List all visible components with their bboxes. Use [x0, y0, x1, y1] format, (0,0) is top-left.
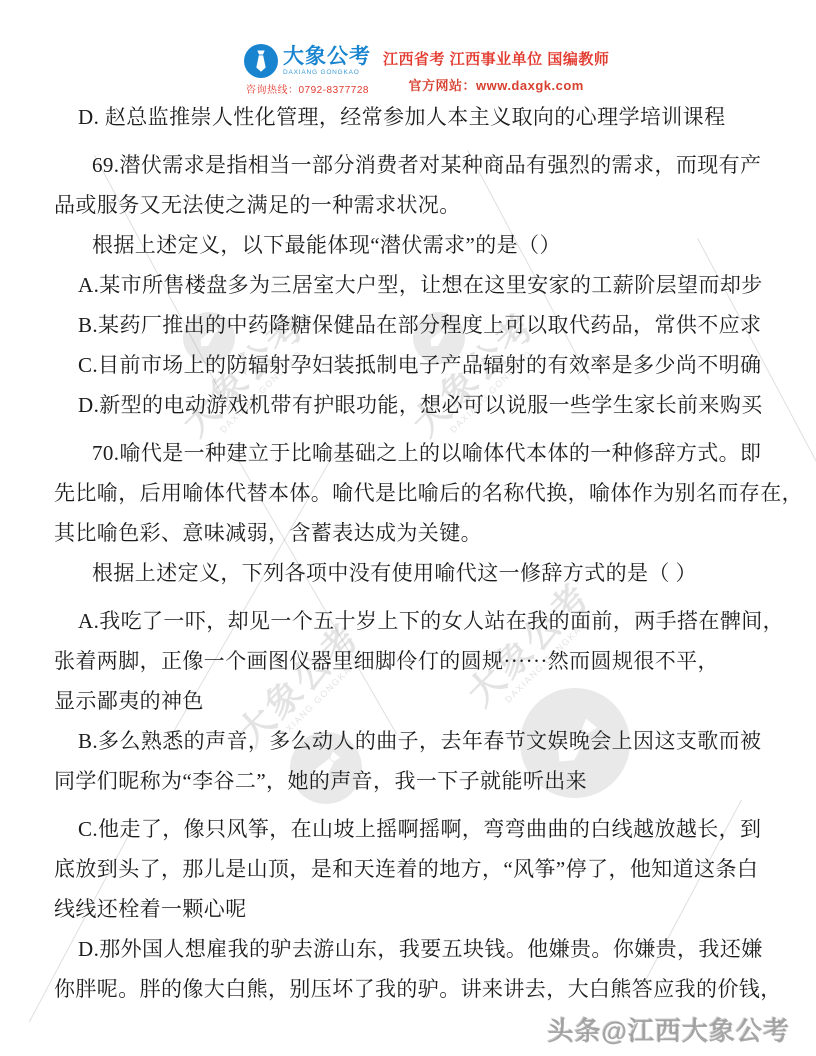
- text-line: 70.喻代是一种建立于比喻基础之上的以喻体代本体的一种修辞方式。即: [54, 433, 776, 473]
- brand-name: 大象公考: [283, 46, 371, 68]
- text-line: 线线还栓着一颗心呢: [54, 889, 776, 929]
- text-line: D.那外国人想雇我的驴去游山东，我要五块钱。他嫌贵。你嫌贵，我还嫌: [54, 929, 776, 969]
- text-line: D.新型的电动游戏机带有护眼功能，想必可以说服一些学生家长前来购买: [54, 385, 776, 425]
- text-line: 同学们昵称为“李谷二”，她的声音，我一下子就能听出来: [54, 761, 776, 801]
- text-line: 底放到头了，那儿是山顶，是和天连着的地方，“风筝”停了，他知道这条白: [54, 849, 776, 889]
- brand-subtitle: DAXIANG GONGKAO: [283, 69, 371, 76]
- text-line: 其比喻色彩、意味减弱，含蓄表达成为关键。: [54, 513, 776, 553]
- text-line: 根据上述定义，下列各项中没有使用喻代这一修辞方式的是（ ）: [54, 553, 776, 593]
- exam-document-page: 大象公考DAXIANG GONGKAO大象公考DAXIANG GONGKAO大象…: [0, 0, 816, 1056]
- text-line: 根据上述定义，以下最能体现“潜伏需求”的是（）: [54, 225, 776, 265]
- brand-tagline: 江西省考 江西事业单位 国编教师: [383, 48, 609, 69]
- text-line: 你胖呢。胖的像大白熊，别压坏了我的驴。讲来讲去，大白熊答应我的价钱，: [54, 969, 776, 1009]
- header-right: 江西省考 江西事业单位 国编教师 官方网站：www.daxgk.com: [383, 44, 609, 96]
- text-line: B.某药厂推出的中药降糖保健品在部分程度上可以取代药品，常供不应求: [54, 305, 776, 345]
- text-line: A.某市所售楼盘多为三居室大户型，让想在这里安家的工薪阶层望而却步: [54, 265, 776, 305]
- question-lines: D. 赵总监推崇人性化管理，经常参加人本主义取向的心理学培训课程69.潜伏需求是…: [54, 97, 776, 1009]
- text-line: C.目前市场上的防辐射孕妇装抵制电子产品辐射的有效率是多少尚不明确: [54, 345, 776, 385]
- text-line: C.他走了，像只风筝，在山坡上摇啊摇啊，弯弯曲曲的白线越放越长，到: [54, 809, 776, 849]
- text-line: 69.潜伏需求是指相当一部分消费者对某种商品有强烈的需求，而现有产: [54, 145, 776, 185]
- text-line: 显示鄙夷的神色: [54, 681, 776, 721]
- official-website: 官方网站：www.daxgk.com: [383, 75, 609, 94]
- brand-header: 大象公考 DAXIANG GONGKAO 咨询热线：0792-8377728 江…: [244, 44, 584, 96]
- text-line: B.多么熟悉的声音，多么动人的曲子，去年春节文娱晚会上因这支歌而被: [54, 721, 776, 761]
- tie-icon: [244, 44, 278, 78]
- toutiao-watermark: 头条@江西大象公考: [548, 1011, 790, 1048]
- brand-logo-block: 大象公考 DAXIANG GONGKAO 咨询热线：0792-8377728: [244, 44, 371, 96]
- text-line: 先比喻，后用喻体代替本体。喻代是比喻后的名称代换，喻体作为别名而存在，: [54, 473, 776, 513]
- text-line: 张着两脚，正像一个画图仪器里细脚伶仃的圆规······然而圆规很不平，: [54, 641, 776, 681]
- hotline-text: 咨询热线：0792-8377728: [244, 81, 371, 96]
- text-line: D. 赵总监推崇人性化管理，经常参加人本主义取向的心理学培训课程: [54, 97, 776, 137]
- text-line: A.我吃了一吓，却见一个五十岁上下的女人站在我的面前，两手搭在髀间，: [54, 601, 776, 641]
- text-line: 品或服务又无法使之满足的一种需求状况。: [54, 185, 776, 225]
